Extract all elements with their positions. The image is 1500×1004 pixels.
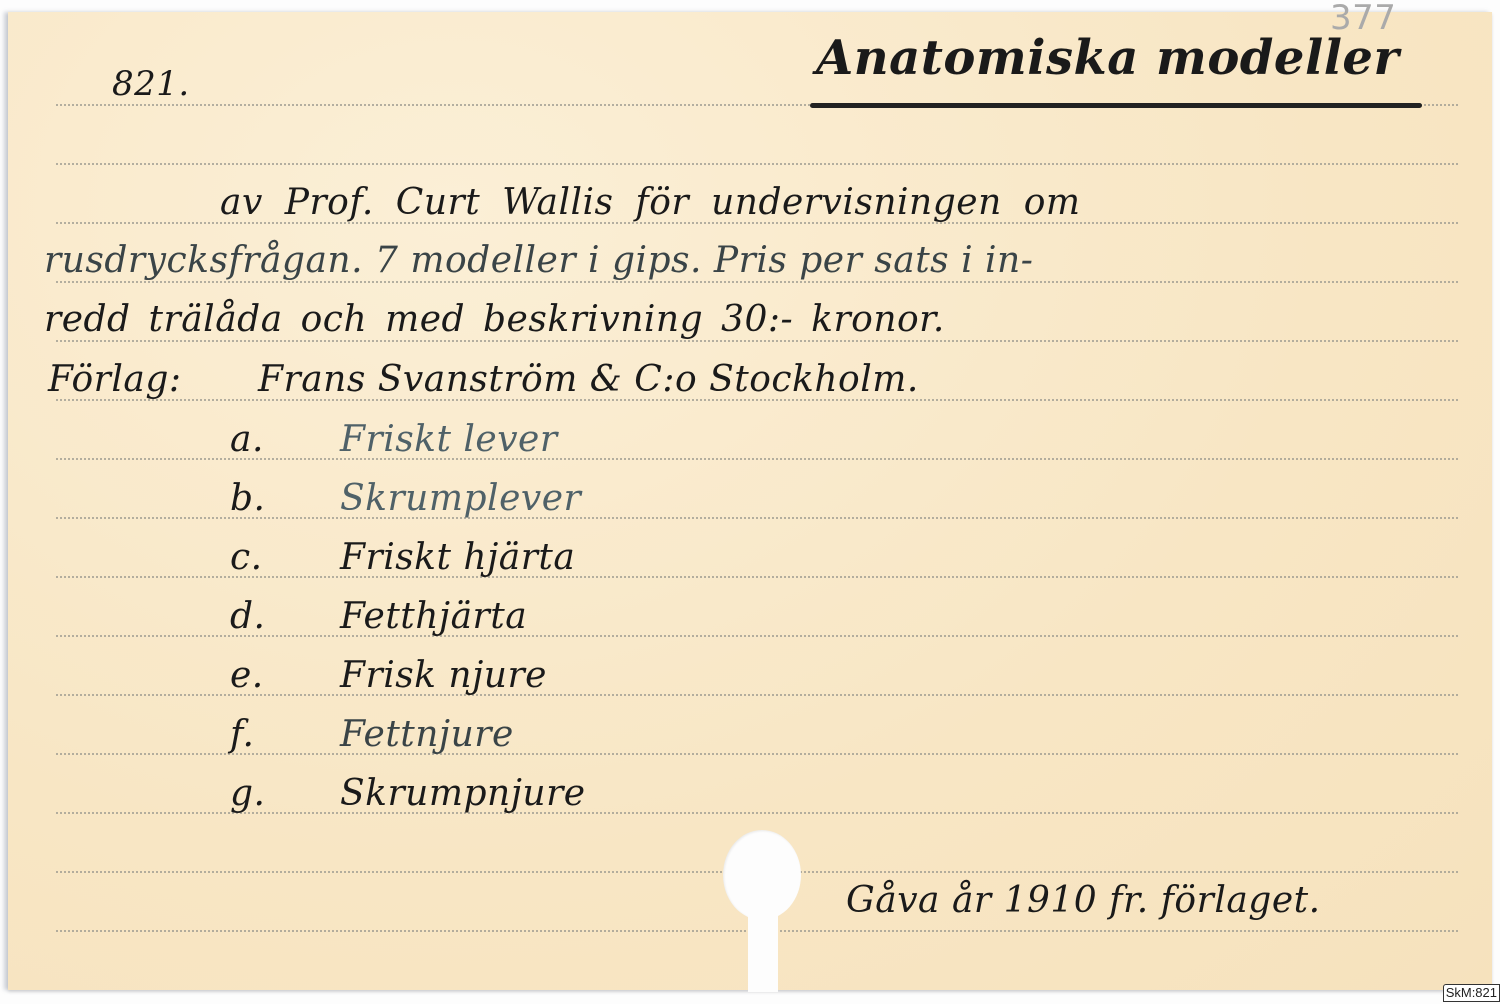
title-underline [810,103,1422,108]
catalog-card: 821. 377 Anatomiska modeller av Prof. Cu… [8,12,1492,990]
list-item-letter: c. [230,537,263,578]
card-title: Anatomiska modeller [816,30,1399,86]
list-item-letter: a. [230,419,264,460]
list-item-text: Fettnjure [340,714,514,755]
ruled-line [56,753,1458,755]
publisher-name: Frans Svanström & C:o Stockholm. [258,359,919,400]
list-item-letter: g. [230,773,266,814]
reference-label: SkM:821 [1443,984,1500,1002]
description-line-3: redd trälåda och med beskrivning 30:- kr… [44,299,945,340]
ruled-line [56,517,1458,519]
ruled-line [56,458,1458,460]
list-item-text: Frisk njure [340,655,547,696]
list-item-letter: d. [230,596,266,637]
list-item-letter: f. [230,714,254,755]
ruled-line [56,812,1458,814]
list-item-text: Skrumplever [340,478,581,519]
list-item-letter: b. [230,478,266,519]
description-line-1: av Prof. Curt Wallis för undervisningen … [220,182,1081,223]
donation-note: Gåva år 1910 fr. förlaget. [846,880,1321,921]
list-item-text: Friskt lever [340,419,558,460]
publisher-label: Förlag: [48,359,182,400]
filing-slot [748,902,778,992]
list-item-text: Fetthjärta [340,596,527,637]
list-item-text: Friskt hjärta [340,537,575,578]
ruled-line [56,635,1458,637]
card-number: 821. [112,64,190,104]
ruled-line [56,576,1458,578]
ruled-line [56,694,1458,696]
list-item-letter: e. [230,655,264,696]
list-item-text: Skrumpnjure [340,773,586,814]
ruled-line [56,340,1458,342]
description-line-2: rusdrycksfrågan. 7 modeller i gips. Pris… [44,240,1033,281]
ruled-line [56,281,1458,283]
ruled-line [56,163,1458,165]
